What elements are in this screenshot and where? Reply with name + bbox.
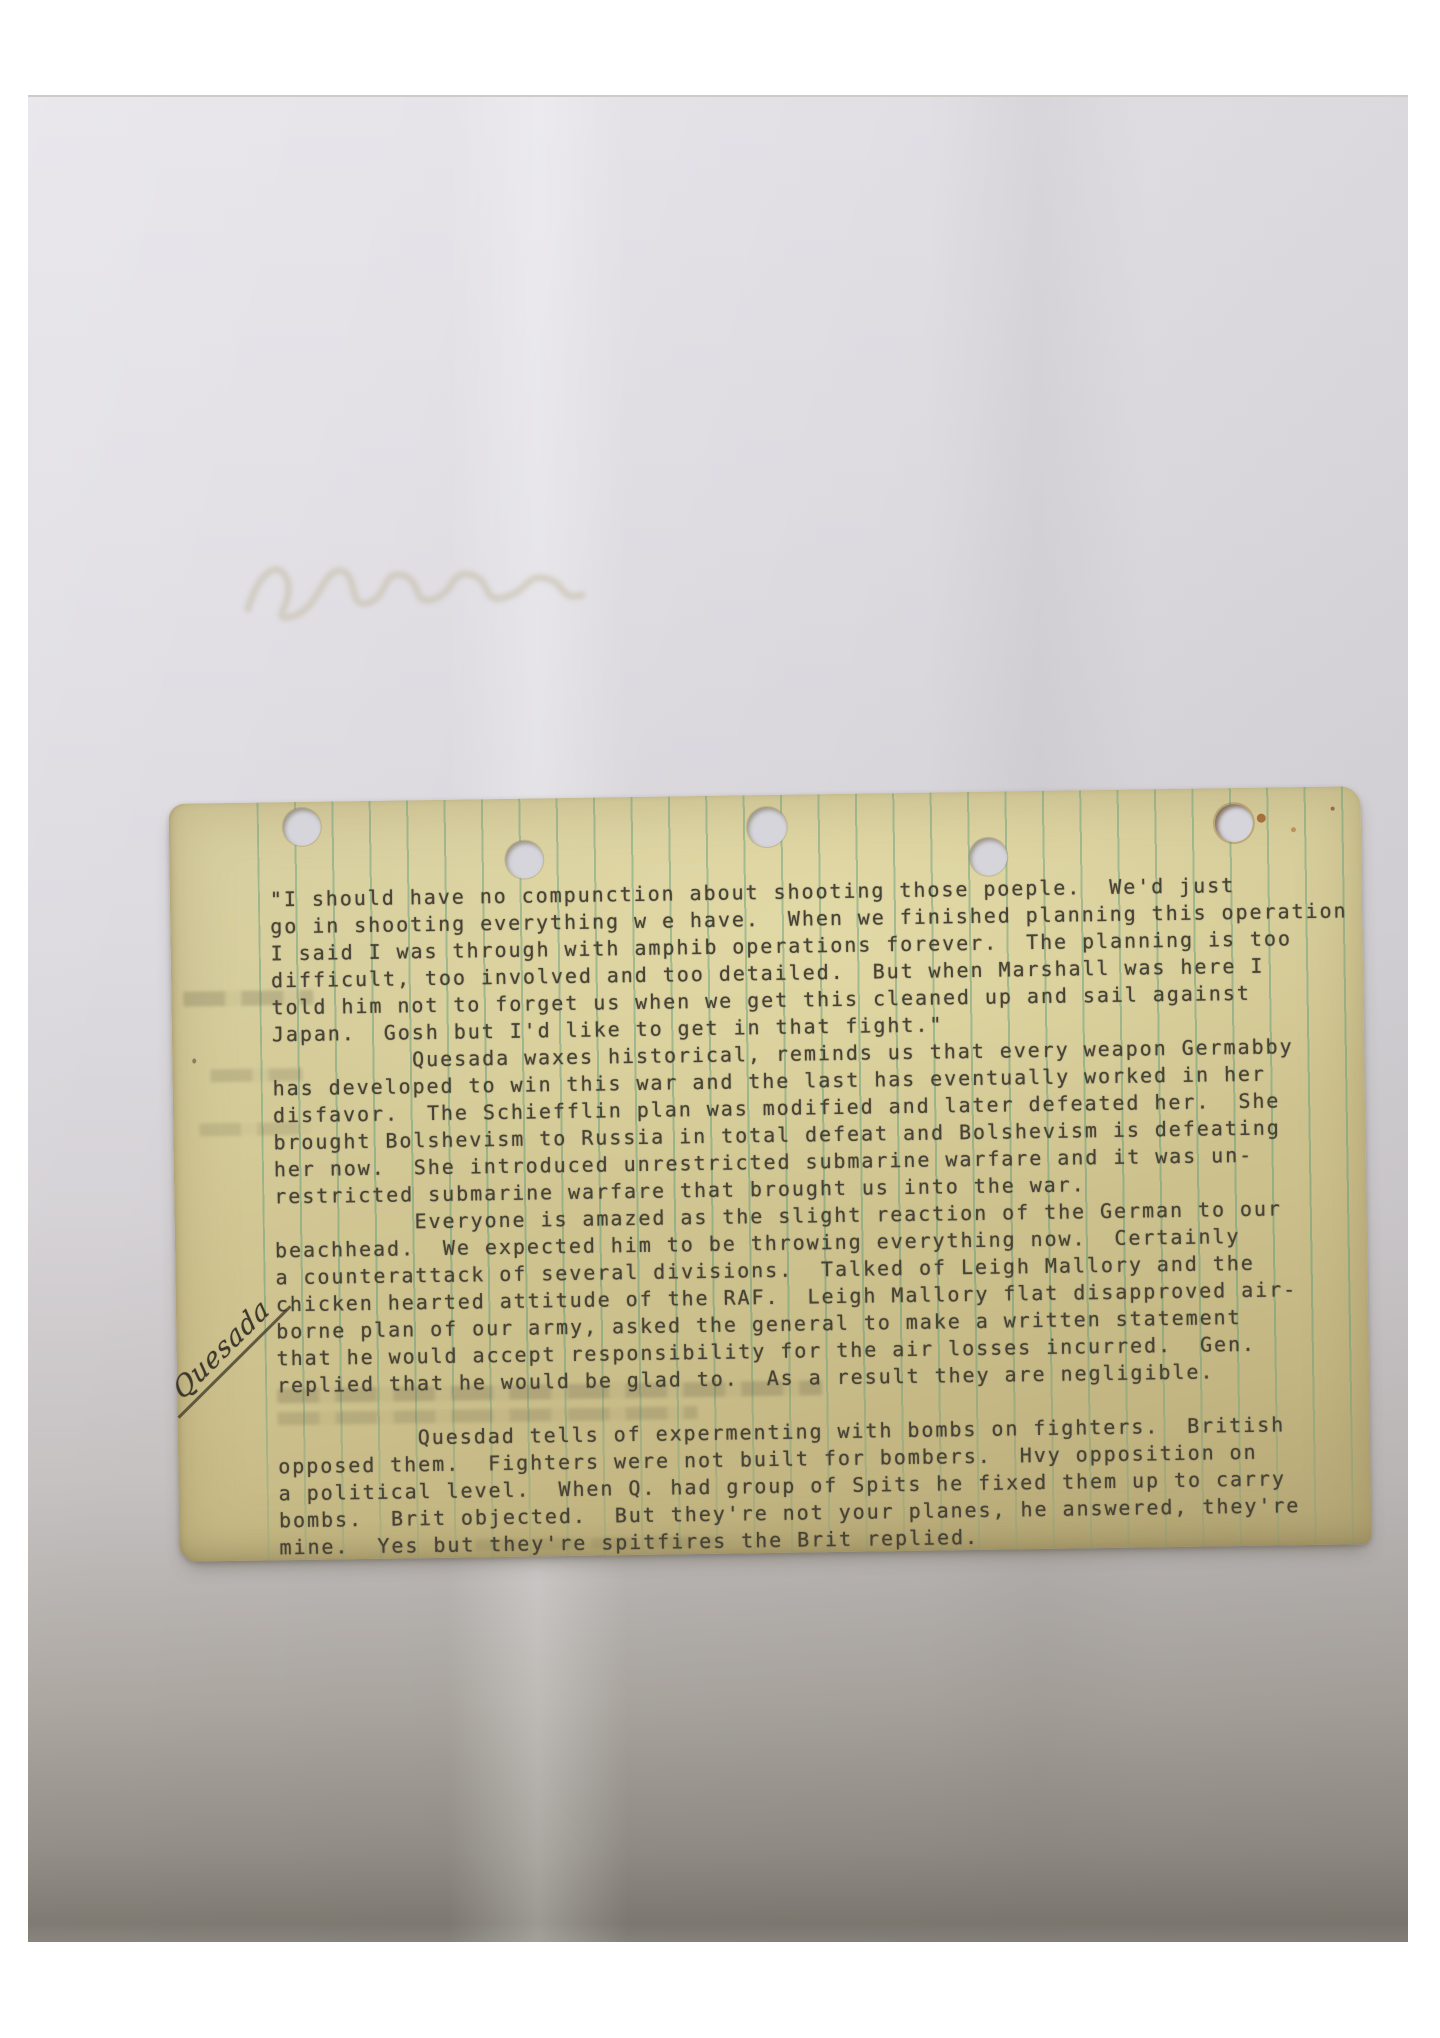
punch-hole: [969, 837, 1008, 876]
paragraph-quote: "I should have no compunction about shoo…: [270, 870, 1364, 1048]
typewritten-text: "I should have no compunction about shoo…: [270, 870, 1372, 1561]
screenshot-canvas: { "card": { "paragraphs": [ [ "\"I shoul…: [0, 0, 1440, 2038]
handwritten-annotation: Quesada: [178, 1282, 338, 1418]
punch-hole: [1215, 804, 1254, 843]
annotation-word: Quesada: [168, 1292, 275, 1407]
rust-stain: [1331, 807, 1335, 811]
punch-hole: [505, 840, 544, 879]
annotation-underline-flourish: Quesada: [155, 1283, 292, 1419]
rust-stain: [1291, 827, 1296, 832]
paragraph-bombs-on-fighters: Quesdad tells of expermenting with bombs…: [278, 1410, 1372, 1561]
ink-speck: [192, 1058, 196, 1063]
paragraph-beachhead: Everyone is amazed as the slight reactio…: [274, 1194, 1369, 1399]
photo-of-notebook-page: "I should have no compunction about shoo…: [28, 95, 1408, 1942]
rust-stain: [1257, 814, 1266, 823]
index-card: "I should have no compunction about shoo…: [168, 786, 1371, 1562]
paragraph-quesada-waxes: Quesada waxes historical, reminds us tha…: [272, 1032, 1366, 1210]
punch-hole: [283, 808, 322, 847]
bleedthrough-writing: [230, 537, 610, 637]
punch-hole: [747, 807, 788, 848]
